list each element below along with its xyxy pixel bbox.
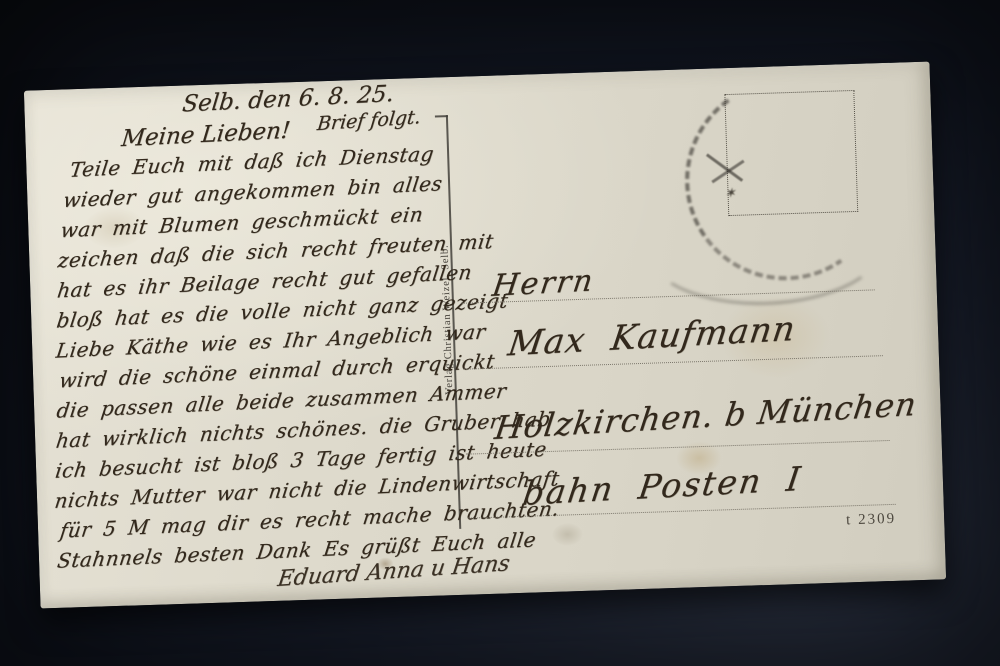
brief-folgt-note: Brief folgt. [316, 106, 422, 135]
postmark-star-icon: ✶ [724, 186, 735, 201]
postcard: Verlag Christian Weizel, Selb. t 2309 ✶ … [24, 62, 946, 609]
message-block: Teile Euch mit daß ich Dienstag wieder g… [39, 136, 517, 576]
address-line: Max Kaufmann [506, 309, 799, 365]
paper-stain [552, 523, 583, 546]
address-line: bahn Posten I [520, 459, 804, 513]
address-line: Holzkirchen. b München [492, 385, 919, 447]
address-line: Herrn [490, 263, 597, 304]
catalog-number: t 2309 [846, 511, 896, 530]
